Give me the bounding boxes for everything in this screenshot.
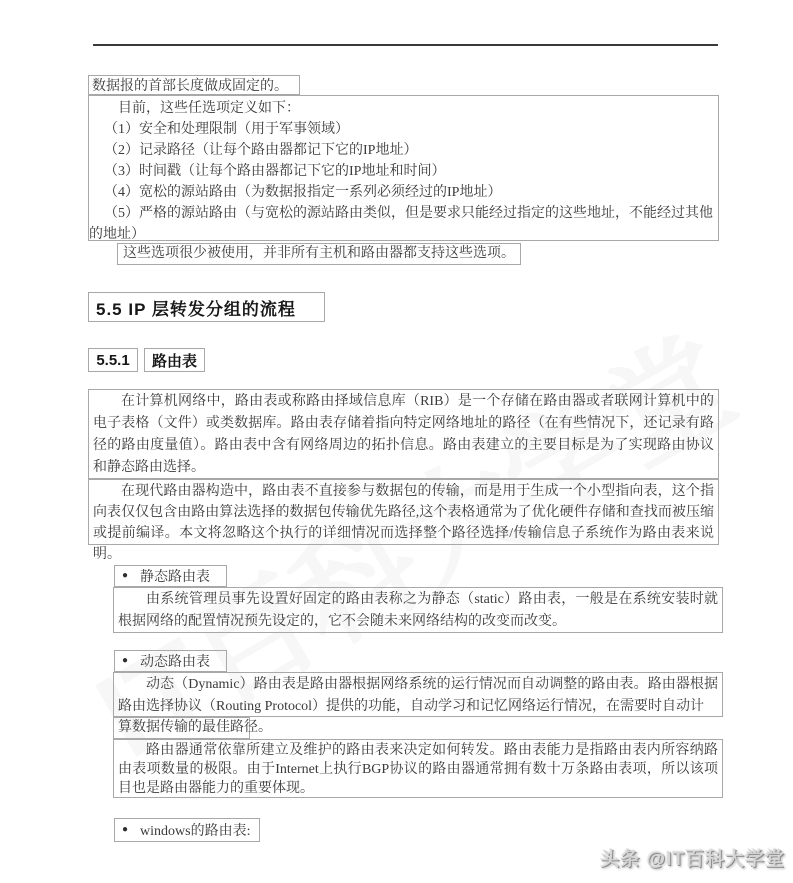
options-note: 这些选项很少被使用，并非所有主机和路由器都支持这些选项。 (117, 243, 521, 265)
options-box: 目前，这些任选项定义如下： （1）安全和处理限制（用于军事领域） （2）记录路径… (88, 95, 719, 241)
section-heading: 5.5 IP 层转发分组的流程 (88, 292, 325, 322)
option-item-5: （5）严格的源站路由（与宽松的源站路由类似，但是要求只能经过指定的这些地址，不能… (89, 203, 718, 245)
bullet-icon: ● (122, 656, 128, 666)
document-page: IT百科大学堂 数据报的首部长度做成固定的。 目前，这些任选项定义如下： （1）… (0, 0, 793, 883)
option-item-4: （4）宽松的源站路由（为数据报指定一系列必须经过的IP地址） (89, 182, 718, 203)
option-item-3: （3）时间戳（让每个路由器都记下它的IP地址和时间） (89, 161, 718, 182)
subsection-title: 路由表 (144, 348, 205, 372)
lead-line: 数据报的首部长度做成固定的。 (88, 75, 300, 95)
bullet-icon: ● (122, 825, 128, 835)
bullet-icon: ● (122, 571, 128, 581)
static-route-paragraph: 由系统管理员事先设置好固定的路由表称之为静态（static）路由表，一般是在系统… (113, 587, 723, 633)
dynamic-route-paragraph-lastline: 算数据传输的最佳路径。 (113, 717, 250, 739)
dynamic-route-label: 动态路由表 (140, 651, 210, 671)
option-item-1: （1）安全和处理限制（用于军事领域） (89, 119, 718, 140)
static-route-label: 静态路由表 (140, 566, 210, 586)
options-intro: 目前，这些任选项定义如下： (89, 98, 718, 119)
dynamic-route-paragraph: 动态（Dynamic）路由表是路由器根据网络系统的运行情况而自动调整的路由表。路… (113, 672, 723, 717)
routing-table-definition-paragraph: 在计算机网络中，路由表或称路由择域信息库（RIB）是一个存储在路由器或者联网计算… (88, 389, 719, 479)
dynamic-route-bullet-row: ● 动态路由表 (114, 650, 227, 672)
option-item-2: （2）记录路径（让每个路由器都记下它的IP地址） (89, 140, 718, 161)
windows-route-bullet-row: ● windows的路由表: (114, 818, 260, 842)
top-divider (93, 44, 718, 46)
author-watermark-badge: 头条 @IT百科大学堂 (540, 844, 785, 870)
static-route-bullet-row: ● 静态路由表 (114, 565, 227, 587)
subsection-number: 5.5.1 (88, 348, 138, 372)
modern-router-paragraph: 在现代路由器构造中，路由表不直接参与数据包的传输，而是用于生成一个小型指向表，这… (88, 479, 719, 545)
windows-route-label: windows的路由表: (140, 820, 250, 840)
router-capacity-paragraph: 路由器通常依靠所建立及维护的路由表来决定如何转发。路由表能力是指路由表内所容纳路… (113, 739, 723, 798)
